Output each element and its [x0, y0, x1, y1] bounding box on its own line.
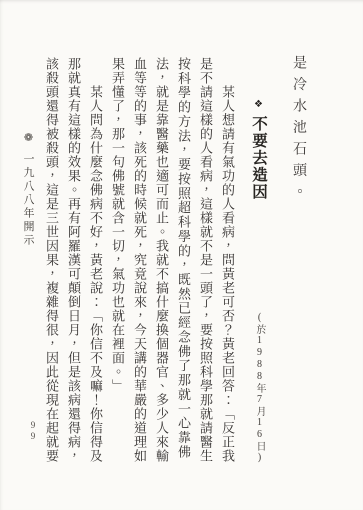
body-column: 某人想請有氣功的人看病，問黃老可否？黃老回答：「反正我 [217, 85, 237, 459]
body-column: 血等等的事，該死的時候就死，究竟說來，今天講的華嚴的道理如 [129, 57, 149, 459]
section-title: 不要去造因 [250, 116, 267, 201]
section-diamond-icon: ❖ [253, 99, 264, 112]
body-column: 那就真有這樣的效果。再有阿羅漢可顛倒日月，但是該病還得病， [63, 57, 83, 459]
section-header: ❖不要去造因 [246, 99, 270, 201]
flower-ornament-icon: ❁ [20, 131, 36, 144]
body-column: 是不請這樣的人看病，這樣就不是一頭了，要按照科學那就請醫生 [195, 57, 215, 459]
scanned-book-page: 是冷水池石頭。 ❖不要去造因 (於1988年7月16日) 某人想請有氣功的人看病… [0, 0, 363, 510]
body-column: 某人問為什麼念佛病不好，黃老說：「你信不及嘛！你信得及 [85, 85, 105, 459]
section-date-note: (於1988年7月16日) [251, 312, 267, 464]
body-column: 法，就是靠醫藥也適可而止。我就不搞什麼換個器官、多少人來輸 [151, 57, 171, 459]
page-number: 99 [26, 420, 40, 442]
body-column: 按科學的方法，要按照超科學的，既然已經念佛了那就一心靠佛 [173, 57, 193, 459]
previous-paragraph-ending: 是冷水池石頭。 [287, 55, 309, 206]
body-column: 果弄懂了，那一句佛號就含一切，氣功也就在裡面。」 [107, 57, 127, 393]
body-column: 該殺頭還得被殺頭，這是三世因果，複雜得很，因此從現在起就要 [41, 57, 61, 459]
running-title: 一九八八年開示 [20, 153, 36, 248]
